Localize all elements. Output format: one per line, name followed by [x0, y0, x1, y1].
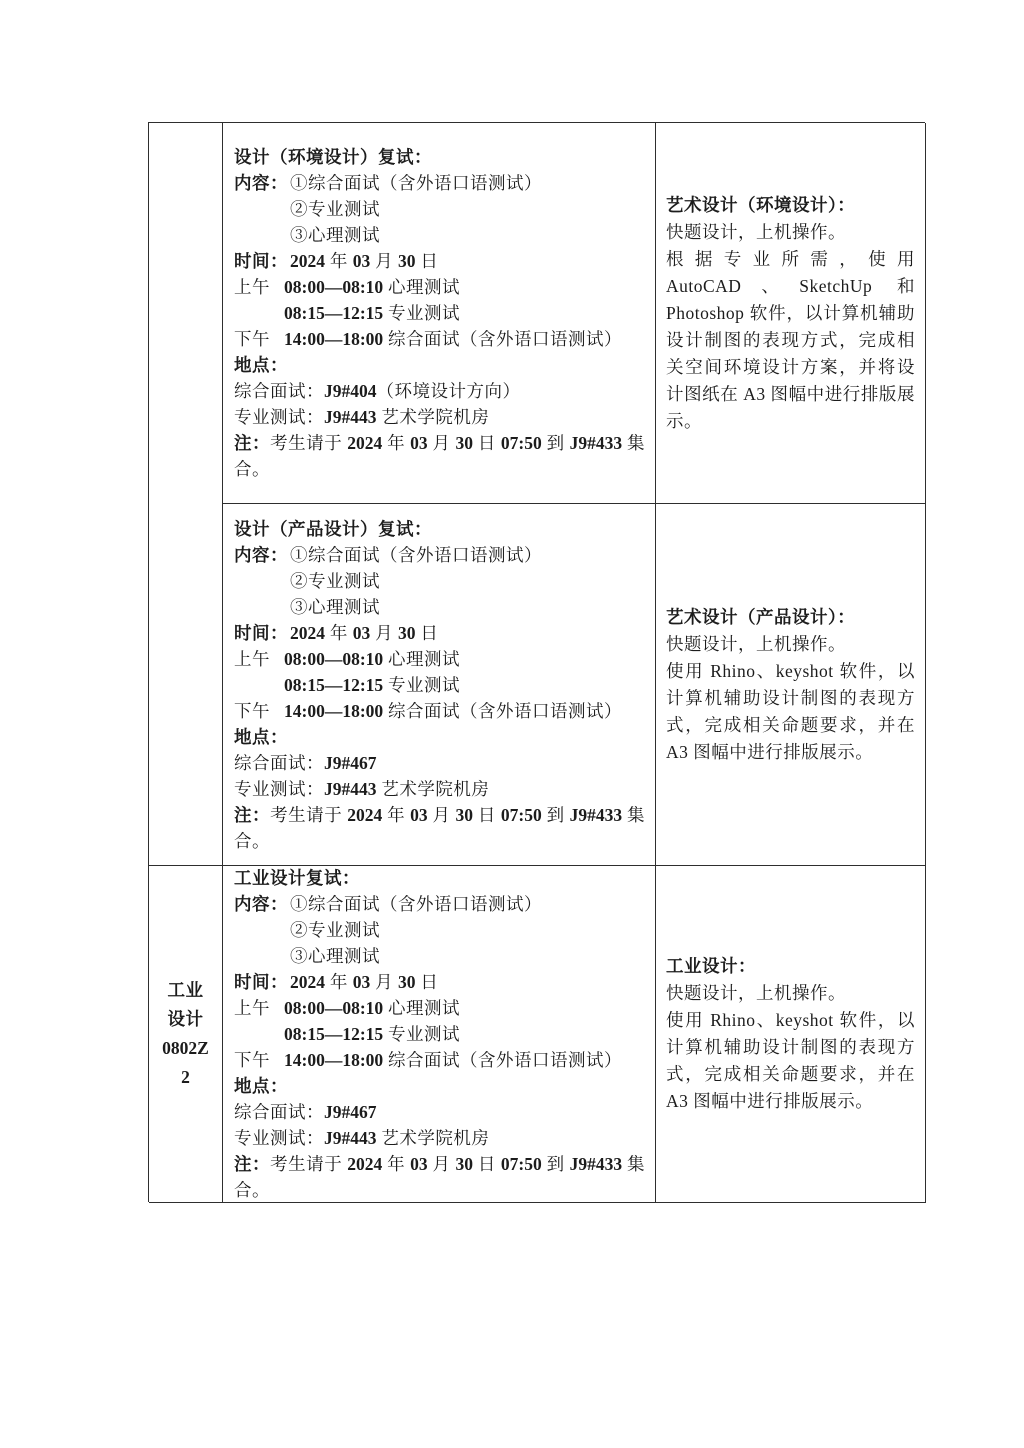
- text-segment: 年: [382, 805, 410, 825]
- text-segment: 综合面试（含外语口语测试）: [383, 1050, 622, 1070]
- text-segment: 使用 Rhino、keyshot 软件，以计算机辅助设计制图的表现方式，完成相关…: [666, 661, 915, 762]
- text-line: ③心理测试: [234, 943, 645, 969]
- text-line: 快题设计，上机操作。: [666, 980, 915, 1007]
- text-segment: J9#467: [324, 753, 377, 773]
- text-line: 08:15—12:15 专业测试: [234, 672, 645, 698]
- text-segment: J9#433: [570, 805, 623, 825]
- text-line: 快题设计，上机操作。: [666, 631, 915, 658]
- text-segment: 08:15—12:15: [284, 1024, 383, 1044]
- text-segment: ③心理测试: [290, 225, 380, 245]
- text-segment: ③心理测试: [290, 946, 380, 966]
- text-segment: 工业设计复试：: [234, 868, 360, 888]
- program-cell-industrial-design: 工业设计0802Z2: [149, 866, 223, 1203]
- text-segment: 年: [382, 1154, 410, 1174]
- text-segment: 上午: [234, 646, 284, 672]
- text-segment: 07:50: [501, 433, 542, 453]
- text-line: 根据专业所需，使用 AutoCAD、SketchUp 和 Photoshop 软…: [666, 246, 915, 435]
- text-segment: 注：: [234, 1154, 270, 1174]
- text-line: 注：考生请于 2024 年 03 月 30 日 07:50 到 J9#433 集…: [234, 430, 645, 482]
- text-segment: 14:00—18:00: [284, 701, 383, 721]
- text-segment: 工业: [168, 980, 204, 1000]
- text-segment: 下午: [234, 1047, 284, 1073]
- text-segment: 下午: [234, 698, 284, 724]
- text-line: 地点：: [234, 1073, 645, 1099]
- text-segment: 月: [428, 433, 456, 453]
- text-line: 地点：: [234, 724, 645, 750]
- text-segment: 月: [370, 251, 398, 271]
- text-line: 0802Z: [162, 1034, 209, 1063]
- text-segment: 年: [325, 972, 353, 992]
- text-segment: 07:50: [501, 805, 542, 825]
- text-segment: 艺术学院机房: [377, 1128, 490, 1148]
- exam-content-environment-design: 艺术设计（环境设计）：快题设计，上机操作。根据专业所需，使用 AutoCAD、S…: [656, 123, 926, 504]
- text-segment: ①综合面试（含外语口语测试）: [290, 894, 542, 914]
- text-segment: （环境设计方向）: [377, 381, 521, 401]
- text-line: 使用 Rhino、keyshot 软件，以计算机辅助设计制图的表现方式，完成相关…: [666, 658, 915, 766]
- text-segment: 综合面试：: [234, 381, 324, 401]
- text-segment: 日: [416, 972, 439, 992]
- text-segment: 注：: [234, 805, 270, 825]
- text-segment: 月: [370, 972, 398, 992]
- text-segment: 工业设计：: [666, 956, 756, 976]
- text-segment: 快题设计，上机操作。: [666, 634, 846, 654]
- text-segment: 综合面试（含外语口语测试）: [383, 329, 622, 349]
- text-segment: 考生请于: [270, 1154, 347, 1174]
- text-segment: 2024: [347, 433, 382, 453]
- text-segment: ①综合面试（含外语口语测试）: [290, 545, 542, 565]
- text-segment: 心理测试: [383, 998, 460, 1018]
- text-line: 内容：①综合面试（含外语口语测试）: [234, 170, 645, 196]
- text-segment: 心理测试: [383, 277, 460, 297]
- text-segment: J9#443: [324, 779, 377, 799]
- exam-schedule-table: 设计（环境设计）复试：内容：①综合面试（含外语口语测试）②专业测试③心理测试时间…: [148, 122, 925, 1202]
- text-segment: 地点：: [234, 727, 288, 747]
- text-segment: 月: [428, 1154, 456, 1174]
- text-segment: 到: [542, 433, 570, 453]
- text-segment: J9#467: [324, 1102, 377, 1122]
- text-line: 上午08:00—08:10 心理测试: [234, 274, 645, 300]
- text-segment: 上午: [234, 274, 284, 300]
- text-segment: 2024: [290, 251, 325, 271]
- text-segment: 14:00—18:00: [284, 1050, 383, 1070]
- text-segment: 专业测试：: [234, 1128, 324, 1148]
- text-segment: 年: [325, 251, 353, 271]
- exam-content-product-design: 艺术设计（产品设计）：快题设计，上机操作。使用 Rhino、keyshot 软件…: [656, 504, 926, 866]
- document-page: 设计（环境设计）复试：内容：①综合面试（含外语口语测试）②专业测试③心理测试时间…: [0, 0, 1024, 1448]
- text-line: 综合面试：J9#467: [234, 750, 645, 776]
- text-segment: 专业测试: [383, 303, 460, 323]
- text-line: 注：考生请于 2024 年 03 月 30 日 07:50 到 J9#433 集…: [234, 1151, 645, 1203]
- text-line: 工业设计复试：: [234, 866, 645, 891]
- text-segment: 快题设计，上机操作。: [666, 222, 846, 242]
- text-segment: 2024: [290, 972, 325, 992]
- text-line: 下午14:00—18:00 综合面试（含外语口语测试）: [234, 326, 645, 352]
- text-line: 时间：2024 年 03 月 30 日: [234, 969, 645, 995]
- text-line: 设计: [168, 1005, 204, 1034]
- retest-details-environment-design: 设计（环境设计）复试：内容：①综合面试（含外语口语测试）②专业测试③心理测试时间…: [223, 123, 656, 504]
- text-segment: 专业测试: [383, 675, 460, 695]
- text-segment: 日: [473, 805, 501, 825]
- text-segment: 考生请于: [270, 433, 347, 453]
- text-segment: J9#433: [570, 1154, 623, 1174]
- text-segment: 2024: [347, 805, 382, 825]
- text-line: 使用 Rhino、keyshot 软件，以计算机辅助设计制图的表现方式，完成相关…: [666, 1007, 915, 1115]
- text-segment: J9#433: [570, 433, 623, 453]
- text-segment: 2024: [347, 1154, 382, 1174]
- text-segment: 30: [398, 623, 416, 643]
- text-line: 艺术设计（产品设计）：: [666, 604, 915, 631]
- text-segment: 心理测试: [383, 649, 460, 669]
- text-segment: 地点：: [234, 355, 288, 375]
- text-segment: 快题设计，上机操作。: [666, 983, 846, 1003]
- text-line: 综合面试：J9#467: [234, 1099, 645, 1125]
- text-line: 下午14:00—18:00 综合面试（含外语口语测试）: [234, 698, 645, 724]
- text-segment: 上午: [234, 995, 284, 1021]
- text-segment: 日: [473, 1154, 501, 1174]
- text-segment: J9#443: [324, 1128, 377, 1148]
- text-segment: 艺术学院机房: [377, 407, 490, 427]
- text-segment: ②专业测试: [290, 199, 380, 219]
- text-segment: 03: [353, 972, 371, 992]
- text-segment: 03: [410, 1154, 428, 1174]
- text-line: 设计（环境设计）复试：: [234, 144, 645, 170]
- text-line: 时间：2024 年 03 月 30 日: [234, 248, 645, 274]
- text-line: 内容：①综合面试（含外语口语测试）: [234, 542, 645, 568]
- text-segment: 根据专业所需，使用 AutoCAD、SketchUp 和 Photoshop 软…: [666, 249, 915, 431]
- text-segment: 08:15—12:15: [284, 675, 383, 695]
- text-line: 专业测试：J9#443 艺术学院机房: [234, 404, 645, 430]
- text-segment: 年: [325, 623, 353, 643]
- text-line: ③心理测试: [234, 594, 645, 620]
- text-line: 专业测试：J9#443 艺术学院机房: [234, 1125, 645, 1151]
- text-segment: ②专业测试: [290, 920, 380, 940]
- text-segment: 日: [416, 251, 439, 271]
- text-segment: 月: [370, 623, 398, 643]
- text-segment: 14:00—18:00: [284, 329, 383, 349]
- text-segment: 设计（环境设计）复试：: [234, 147, 432, 167]
- text-segment: 内容：: [234, 542, 290, 568]
- text-segment: 艺术设计（环境设计）：: [666, 195, 855, 215]
- text-segment: 时间：: [234, 969, 290, 995]
- text-segment: ③心理测试: [290, 597, 380, 617]
- text-segment: 综合面试：: [234, 753, 324, 773]
- text-segment: 专业测试：: [234, 779, 324, 799]
- text-line: ③心理测试: [234, 222, 645, 248]
- text-segment: 07:50: [501, 1154, 542, 1174]
- text-segment: J9#404: [324, 381, 377, 401]
- text-line: 综合面试：J9#404（环境设计方向）: [234, 378, 645, 404]
- text-segment: 08:00—08:10: [284, 998, 383, 1018]
- text-segment: 设计: [168, 1009, 204, 1029]
- text-line: 下午14:00—18:00 综合面试（含外语口语测试）: [234, 1047, 645, 1073]
- text-segment: 时间：: [234, 620, 290, 646]
- text-segment: 30: [398, 251, 416, 271]
- text-segment: ①综合面试（含外语口语测试）: [290, 173, 542, 193]
- retest-details-product-design: 设计（产品设计）复试：内容：①综合面试（含外语口语测试）②专业测试③心理测试时间…: [223, 504, 656, 866]
- exam-content-industrial-design: 工业设计：快题设计，上机操作。使用 Rhino、keyshot 软件，以计算机辅…: [656, 866, 926, 1203]
- text-segment: 艺术学院机房: [377, 779, 490, 799]
- program-cell-empty-merged: [149, 123, 223, 866]
- text-line: 时间：2024 年 03 月 30 日: [234, 620, 645, 646]
- text-segment: 内容：: [234, 170, 290, 196]
- text-segment: 03: [410, 805, 428, 825]
- text-segment: 年: [382, 433, 410, 453]
- text-line: 上午08:00—08:10 心理测试: [234, 995, 645, 1021]
- text-line: 内容：①综合面试（含外语口语测试）: [234, 891, 645, 917]
- text-segment: 30: [455, 433, 473, 453]
- text-segment: 日: [416, 623, 439, 643]
- text-segment: 使用 Rhino、keyshot 软件，以计算机辅助设计制图的表现方式，完成相关…: [666, 1010, 915, 1111]
- text-segment: 30: [398, 972, 416, 992]
- text-segment: 设计（产品设计）复试：: [234, 519, 432, 539]
- text-segment: 08:15—12:15: [284, 303, 383, 323]
- text-segment: 艺术设计（产品设计）：: [666, 607, 855, 627]
- text-segment: 08:00—08:10: [284, 277, 383, 297]
- text-segment: 0802Z: [162, 1038, 209, 1058]
- text-line: 工业设计：: [666, 953, 915, 980]
- text-segment: J9#443: [324, 407, 377, 427]
- text-segment: 30: [455, 1154, 473, 1174]
- text-line: ②专业测试: [234, 917, 645, 943]
- text-line: 2: [181, 1063, 190, 1092]
- text-segment: 考生请于: [270, 805, 347, 825]
- text-line: 注：考生请于 2024 年 03 月 30 日 07:50 到 J9#433 集…: [234, 802, 645, 854]
- text-line: 地点：: [234, 352, 645, 378]
- text-line: 工业: [168, 976, 204, 1005]
- text-segment: 专业测试：: [234, 407, 324, 427]
- text-line: 设计（产品设计）复试：: [234, 516, 645, 542]
- text-line: 快题设计，上机操作。: [666, 219, 915, 246]
- text-line: ②专业测试: [234, 196, 645, 222]
- text-segment: 30: [455, 805, 473, 825]
- text-line: ②专业测试: [234, 568, 645, 594]
- text-segment: 2024: [290, 623, 325, 643]
- text-segment: 03: [353, 623, 371, 643]
- text-segment: 2: [181, 1067, 190, 1087]
- text-segment: 综合面试：: [234, 1102, 324, 1122]
- text-line: 专业测试：J9#443 艺术学院机房: [234, 776, 645, 802]
- text-segment: 月: [428, 805, 456, 825]
- text-segment: 到: [542, 1154, 570, 1174]
- retest-details-industrial-design: 工业设计复试：内容：①综合面试（含外语口语测试）②专业测试③心理测试时间：202…: [223, 866, 656, 1203]
- text-segment: 03: [410, 433, 428, 453]
- text-line: 08:15—12:15 专业测试: [234, 1021, 645, 1047]
- text-segment: 注：: [234, 433, 270, 453]
- text-segment: 专业测试: [383, 1024, 460, 1044]
- text-segment: 08:00—08:10: [284, 649, 383, 669]
- text-segment: 下午: [234, 326, 284, 352]
- text-segment: 03: [353, 251, 371, 271]
- text-segment: ②专业测试: [290, 571, 380, 591]
- text-segment: 日: [473, 433, 501, 453]
- text-segment: 地点：: [234, 1076, 288, 1096]
- text-line: 08:15—12:15 专业测试: [234, 300, 645, 326]
- text-segment: 综合面试（含外语口语测试）: [383, 701, 622, 721]
- text-segment: 时间：: [234, 248, 290, 274]
- text-line: 上午08:00—08:10 心理测试: [234, 646, 645, 672]
- text-line: 艺术设计（环境设计）：: [666, 192, 915, 219]
- text-segment: 内容：: [234, 891, 290, 917]
- text-segment: 到: [542, 805, 570, 825]
